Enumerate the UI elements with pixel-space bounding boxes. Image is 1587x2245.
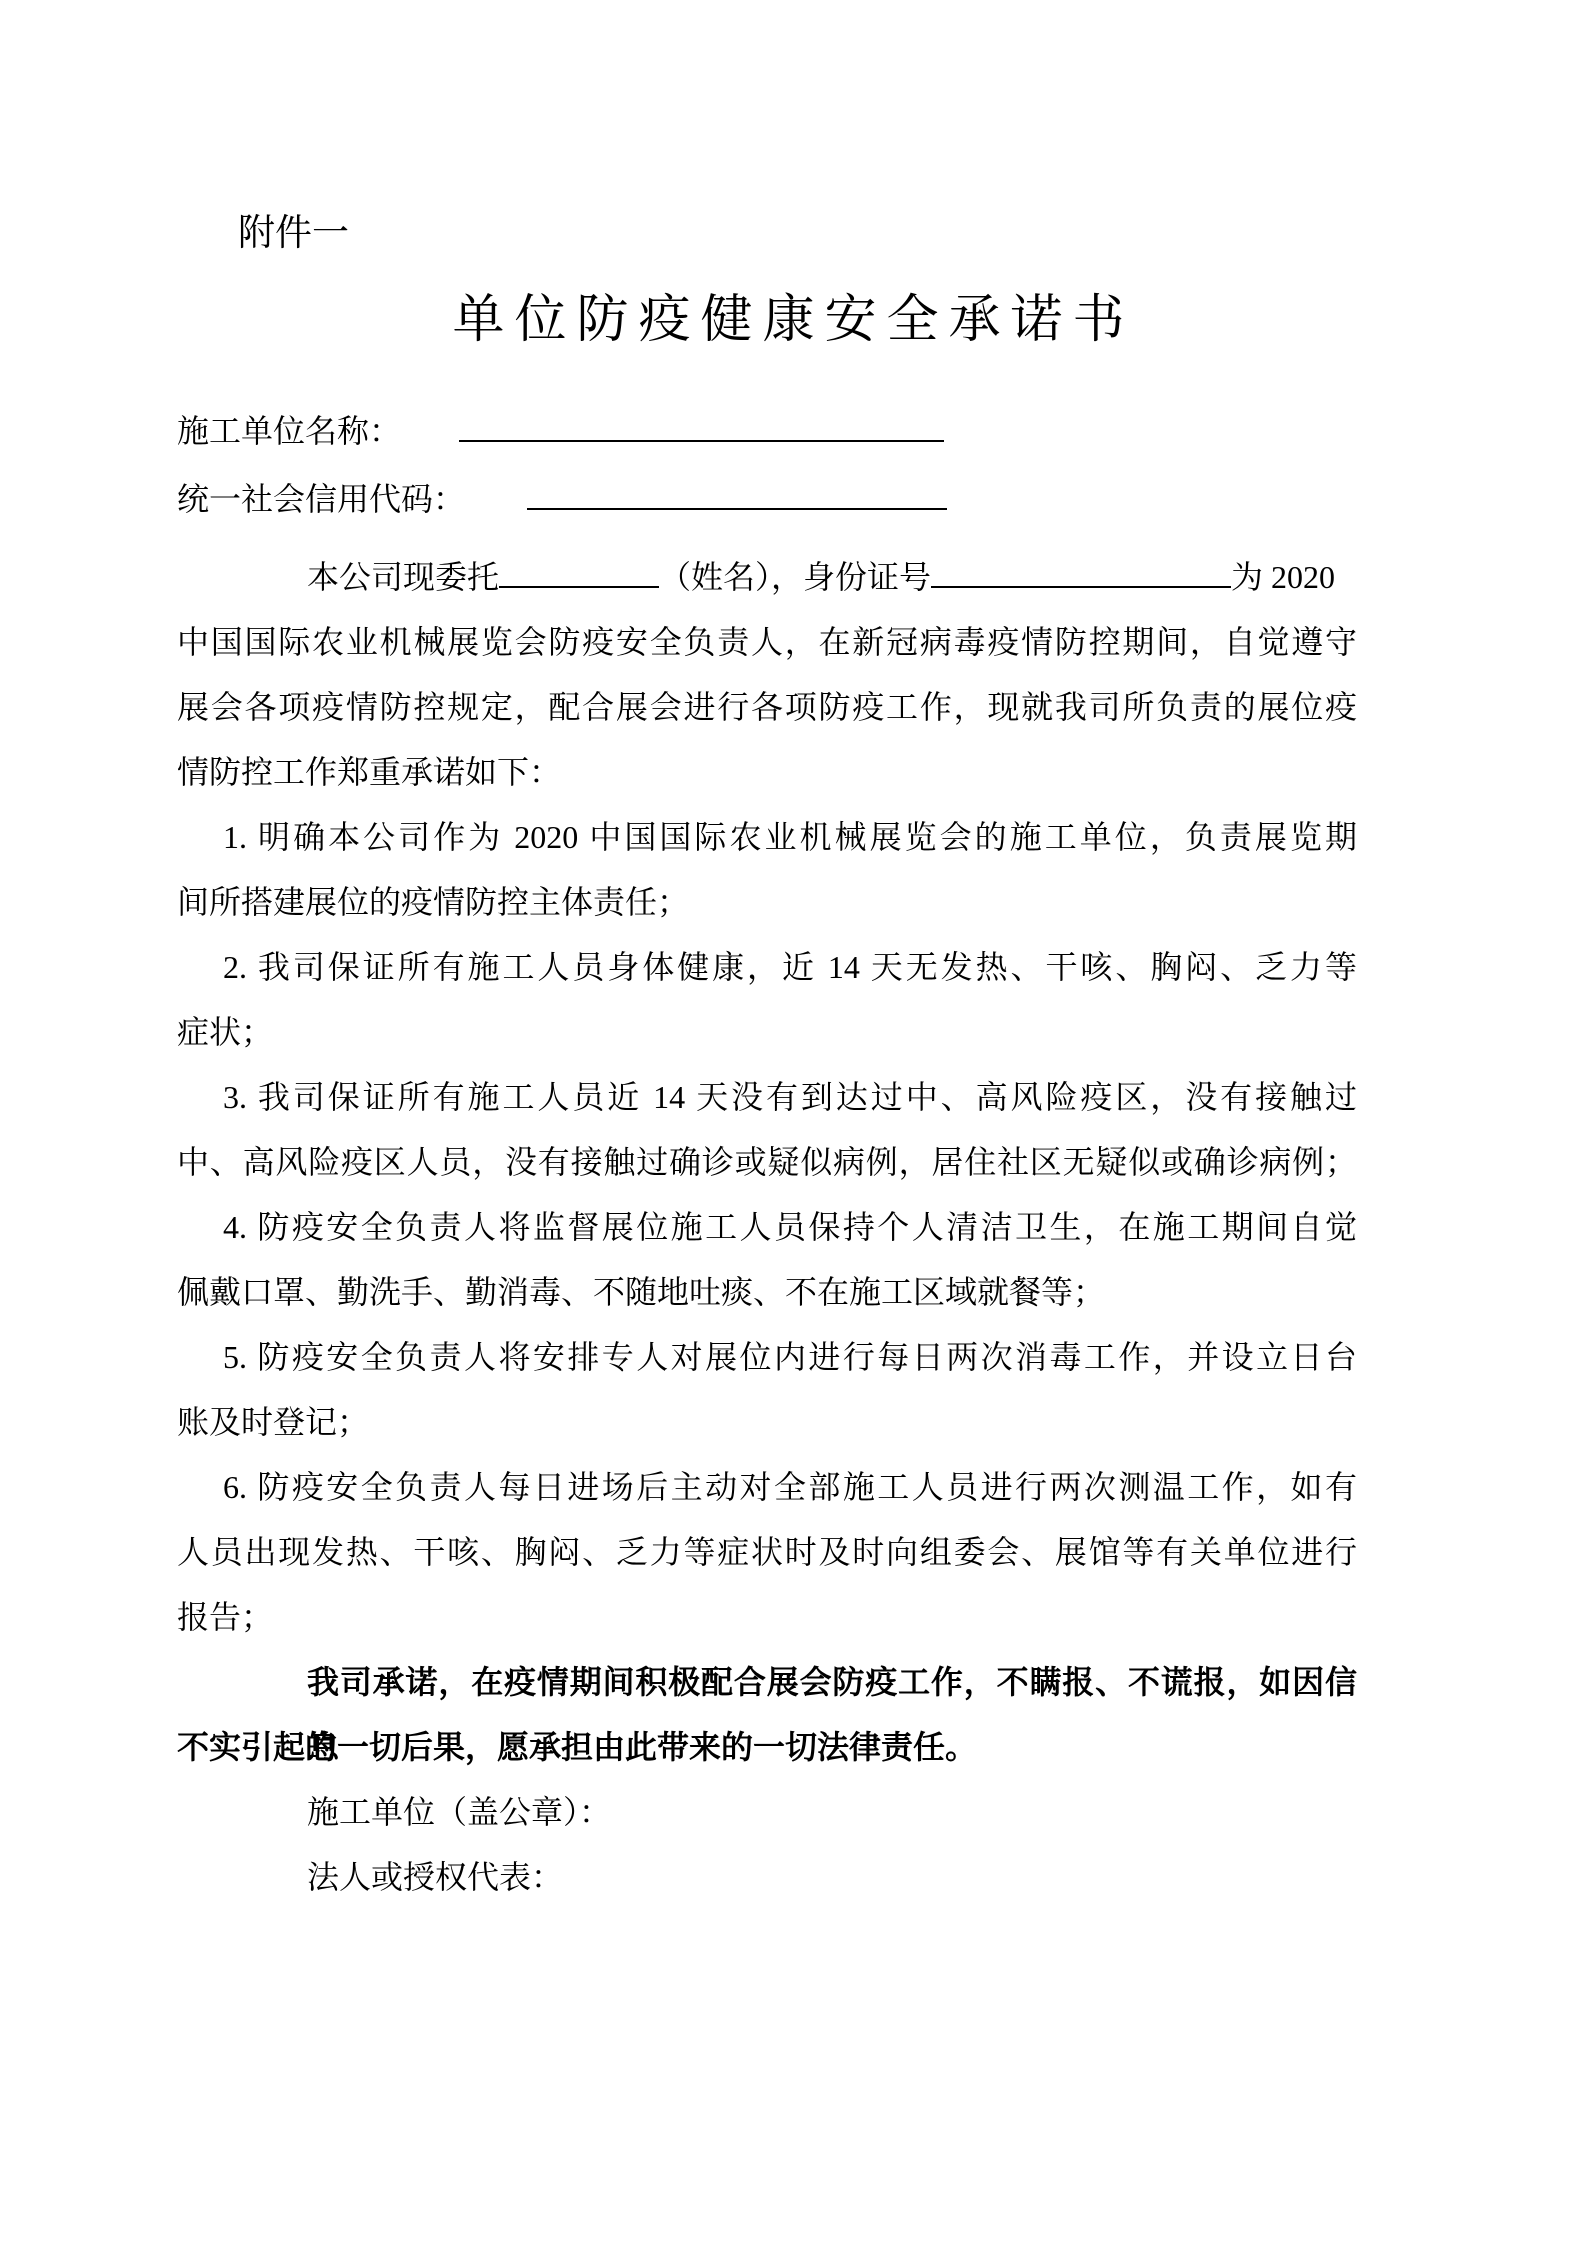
body-line-item-5: 5. 防疫安全负责人将安排专人对展位内进行每日两次消毒工作，并设立日台 bbox=[177, 1325, 1357, 1390]
credit-code-label: 统一社会信用代码： bbox=[177, 481, 465, 517]
attachment-label: 附件一 bbox=[238, 212, 349, 256]
intro-text-part1: 本公司现委托 bbox=[307, 559, 499, 595]
body-line: 症状； bbox=[177, 1000, 1357, 1065]
delegate-name-blank bbox=[499, 554, 659, 588]
body-line: 佩戴口罩、勤洗手、勤消毒、不随地吐痰、不在施工区域就餐等； bbox=[177, 1260, 1357, 1325]
intro-line: 本公司现委托（姓名），身份证号为 2020 bbox=[177, 545, 1357, 610]
document-page: 附件一 单位防疫健康安全承诺书 施工单位名称： 统一社会信用代码： 本公司现委托… bbox=[0, 0, 1587, 2245]
body-line: 报告； bbox=[177, 1585, 1357, 1650]
signature-representative-line: 法人或授权代表： bbox=[177, 1845, 1357, 1910]
body-line: 人员出现发热、干咳、胸闷、乏力等症状时及时向组委会、展馆等有关单位进行 bbox=[177, 1520, 1357, 1585]
body-line-item-4: 4. 防疫安全负责人将监督展位施工人员保持个人清洁卫生，在施工期间自觉 bbox=[177, 1195, 1357, 1260]
body-line: 中、高风险疫区人员，没有接触过确诊或疑似病例，居住社区无疑似或确诊病例； bbox=[177, 1130, 1357, 1195]
id-number-blank bbox=[931, 554, 1231, 588]
unit-name-label: 施工单位名称： bbox=[177, 413, 401, 449]
signature-unit-line: 施工单位（盖公章）： bbox=[177, 1780, 1357, 1845]
body-line: 中国国际农业机械展览会防疫安全负责人，在新冠病毒疫情防控期间，自觉遵守 bbox=[177, 610, 1357, 675]
body-line: 间所搭建展位的疫情防控主体责任； bbox=[177, 870, 1357, 935]
document-title: 单位防疫健康安全承诺书 bbox=[0, 290, 1587, 352]
commitment-line: 不实引起的一切后果，愿承担由此带来的一切法律责任。 bbox=[177, 1715, 1357, 1780]
credit-code-field-row: 统一社会信用代码： bbox=[177, 476, 947, 521]
commitment-line: 我司承诺，在疫情期间积极配合展会防疫工作，不瞒报、不谎报，如因信 息 bbox=[177, 1650, 1357, 1715]
unit-name-blank bbox=[459, 408, 944, 442]
body-line: 情防控工作郑重承诺如下： bbox=[177, 740, 1357, 805]
intro-text-part2: （姓名），身份证号 bbox=[659, 559, 931, 595]
credit-code-blank bbox=[527, 476, 947, 510]
unit-name-field-row: 施工单位名称： bbox=[177, 408, 944, 453]
body-line-item-6: 6. 防疫安全负责人每日进场后主动对全部施工人员进行两次测温工作，如有 bbox=[177, 1455, 1357, 1520]
body-line: 账及时登记； bbox=[177, 1390, 1357, 1455]
intro-text-part3: 为 2020 bbox=[1231, 559, 1335, 595]
body-line-item-3: 3. 我司保证所有施工人员近 14 天没有到达过中、高风险疫区，没有接触过 bbox=[177, 1065, 1357, 1130]
document-body: 本公司现委托（姓名），身份证号为 2020 中国国际农业机械展览会防疫安全负责人… bbox=[177, 545, 1357, 1910]
body-line-item-2: 2. 我司保证所有施工人员身体健康，近 14 天无发热、干咳、胸闷、乏力等 bbox=[177, 935, 1357, 1000]
body-line-item-1: 1. 明确本公司作为 2020 中国国际农业机械展览会的施工单位，负责展览期 bbox=[177, 805, 1357, 870]
body-line: 展会各项疫情防控规定，配合展会进行各项防疫工作，现就我司所负责的展位疫 bbox=[177, 675, 1357, 740]
